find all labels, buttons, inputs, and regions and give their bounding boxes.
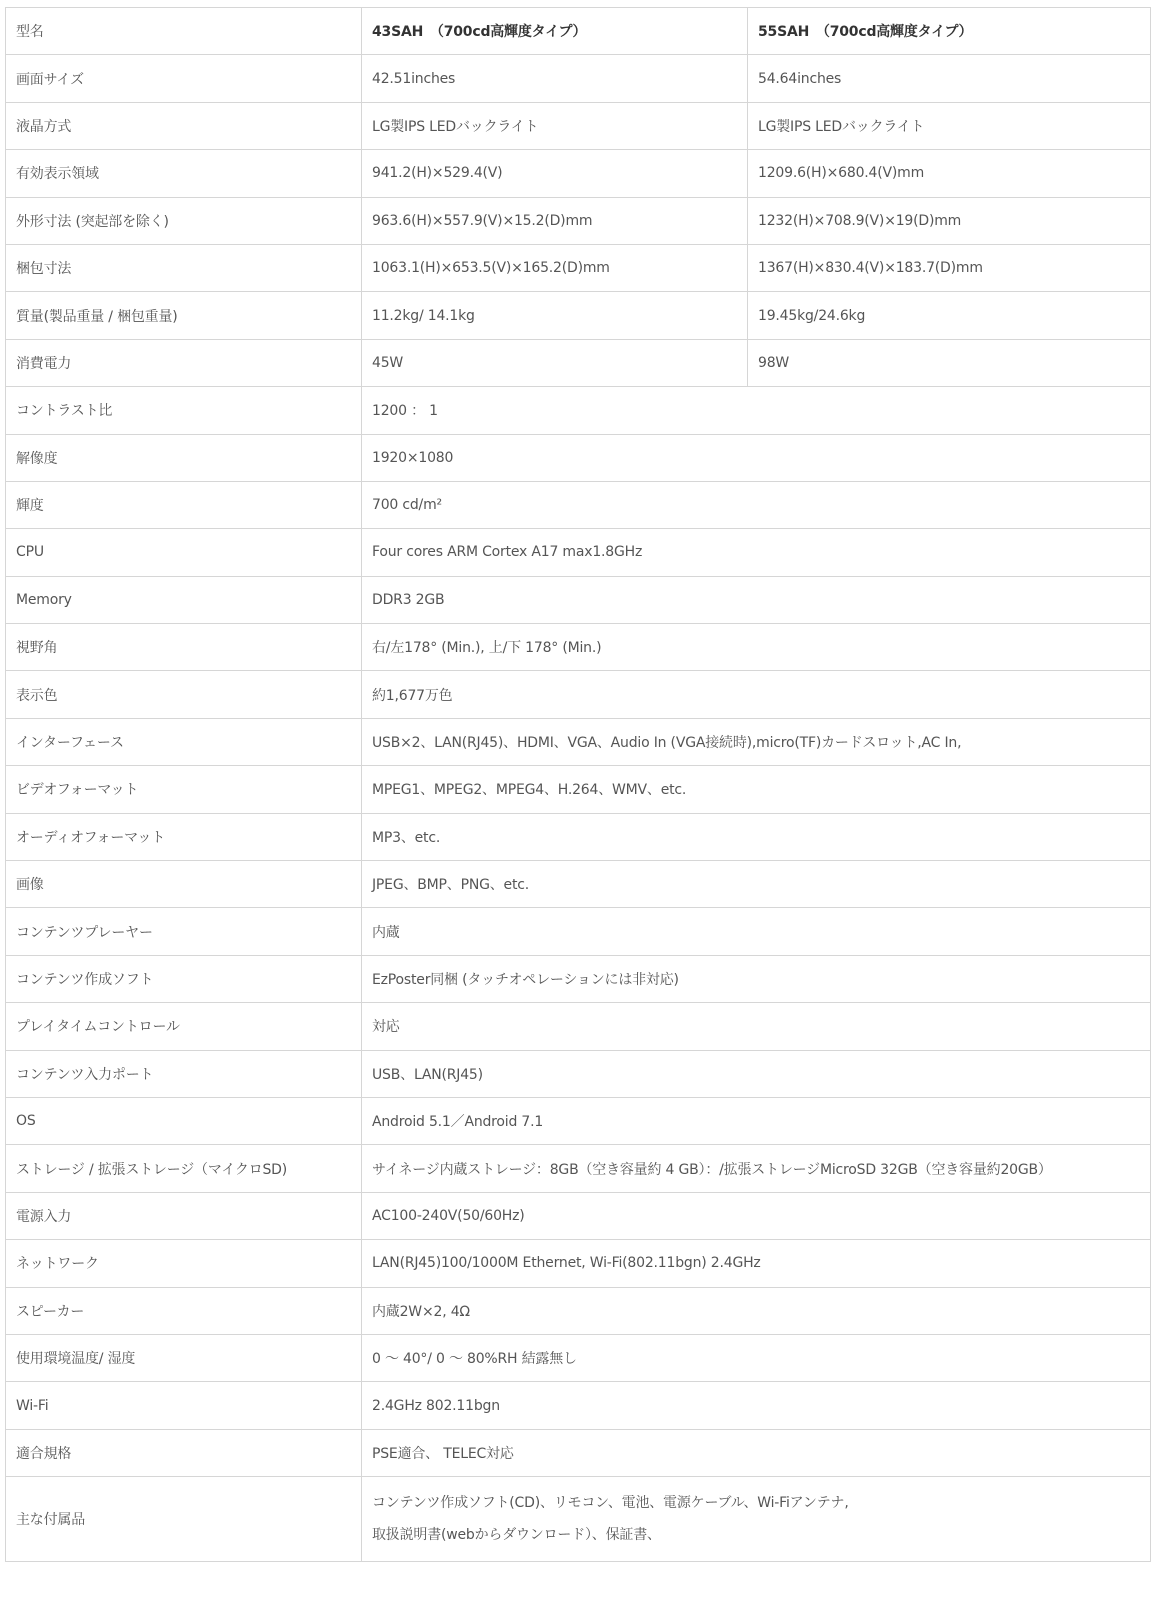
row-label: コンテンツプレーヤー <box>6 908 362 955</box>
model-43sah-value: 42.51inches <box>362 55 748 102</box>
spec-row: 視野角右/左178° (Min.), 上/下 178° (Min.) <box>6 624 1151 671</box>
spec-row: プレイタイムコントロール対応 <box>6 1003 1151 1050</box>
spec-row: 消費電力45W98W <box>6 339 1151 386</box>
row-label: 輝度 <box>6 481 362 528</box>
spec-table: 型名 43SAH （700cd高輝度タイプ） 55SAH （700cd高輝度タイ… <box>5 7 1151 1562</box>
row-label: コントラスト比 <box>6 387 362 434</box>
model-43sah-value: 45W <box>362 339 748 386</box>
row-label: 使用環境温度/ 湿度 <box>6 1334 362 1381</box>
shared-value: EzPoster同梱 (タッチオペレーションには非対応) <box>362 955 1151 1002</box>
row-label: 外形寸法 (突起部を除く) <box>6 197 362 244</box>
row-label: インターフェース <box>6 718 362 765</box>
row-label: 解像度 <box>6 434 362 481</box>
spec-row: ビデオフォーマットMPEG1、MPEG2、MPEG4、H.264、WMV、etc… <box>6 766 1151 813</box>
row-label: 画像 <box>6 861 362 908</box>
spec-row: インターフェースUSB×2、LAN(RJ45)、HDMI、VGA、Audio I… <box>6 718 1151 765</box>
spec-row: OSAndroid 5.1／Android 7.1 <box>6 1097 1151 1144</box>
spec-row: 解像度1920×1080 <box>6 434 1151 481</box>
shared-value: AC100-240V(50/60Hz) <box>362 1192 1151 1239</box>
shared-value: PSE適合、 TELEC対応 <box>362 1429 1151 1476</box>
spec-row: 表示色約1,677万色 <box>6 671 1151 718</box>
spec-row: 質量(製品重量 / 梱包重量)11.2kg/ 14.1kg19.45kg/24.… <box>6 292 1151 339</box>
spec-row: コンテンツプレーヤー内蔵 <box>6 908 1151 955</box>
row-label: 視野角 <box>6 624 362 671</box>
row-label: CPU <box>6 529 362 576</box>
accessories-line-2: 取扱説明書(webからダウンロード）、保証書、 <box>372 1519 1150 1551</box>
shared-value: MPEG1、MPEG2、MPEG4、H.264、WMV、etc. <box>362 766 1151 813</box>
shared-value: 2.4GHz 802.11bgn <box>362 1382 1151 1429</box>
shared-value: MP3、etc. <box>362 813 1151 860</box>
shared-value: 右/左178° (Min.), 上/下 178° (Min.) <box>362 624 1151 671</box>
shared-value: 内蔵 <box>362 908 1151 955</box>
model-43sah-value: 963.6(H)×557.9(V)×15.2(D)mm <box>362 197 748 244</box>
row-label: 消費電力 <box>6 339 362 386</box>
spec-row: 画像JPEG、BMP、PNG、etc. <box>6 861 1151 908</box>
spec-row: CPUFour cores ARM Cortex A17 max1.8GHz <box>6 529 1151 576</box>
spec-row: 液晶方式LG製IPS LEDバックライトLG製IPS LEDバックライト <box>6 102 1151 149</box>
shared-value: Four cores ARM Cortex A17 max1.8GHz <box>362 529 1151 576</box>
row-label: OS <box>6 1097 362 1144</box>
row-label: コンテンツ作成ソフト <box>6 955 362 1002</box>
model-55sah-value: 1367(H)×830.4(V)×183.7(D)mm <box>748 244 1151 291</box>
shared-value: LAN(RJ45)100/1000M Ethernet, Wi-Fi(802.1… <box>362 1240 1151 1287</box>
model-55sah-value: 19.45kg/24.6kg <box>748 292 1151 339</box>
row-label: 型名 <box>6 8 362 55</box>
model-55sah-value: 1232(H)×708.9(V)×19(D)mm <box>748 197 1151 244</box>
row-label: 液晶方式 <box>6 102 362 149</box>
shared-value: DDR3 2GB <box>362 576 1151 623</box>
spec-row: コンテンツ入力ポートUSB、LAN(RJ45) <box>6 1050 1151 1097</box>
spec-row: ネットワークLAN(RJ45)100/1000M Ethernet, Wi-Fi… <box>6 1240 1151 1287</box>
row-label: 表示色 <box>6 671 362 718</box>
spec-row: 梱包寸法1063.1(H)×653.5(V)×165.2(D)mm1367(H)… <box>6 244 1151 291</box>
spec-row: 画面サイズ42.51inches54.64inches <box>6 55 1151 102</box>
row-label: ストレージ / 拡張ストレージ（マイクロSD) <box>6 1145 362 1192</box>
model-55sah-value: LG製IPS LEDバックライト <box>748 102 1151 149</box>
shared-value: 1200 ： 1 <box>362 387 1151 434</box>
shared-value: 1920×1080 <box>362 434 1151 481</box>
shared-value: 約1,677万色 <box>362 671 1151 718</box>
spec-row: 有効表示領域941.2(H)×529.4(V)1209.6(H)×680.4(V… <box>6 150 1151 197</box>
shared-value: サイネージ内蔵ストレージ：8GB（空き容量約 4 GB）：/拡張ストレージMic… <box>362 1145 1151 1192</box>
spec-row: MemoryDDR3 2GB <box>6 576 1151 623</box>
row-label: 画面サイズ <box>6 55 362 102</box>
row-label: コンテンツ入力ポート <box>6 1050 362 1097</box>
spec-row: 適合規格PSE適合、 TELEC対応 <box>6 1429 1151 1476</box>
shared-value: 0 ～ 40°/ 0 ～ 80%RH 結露無し <box>362 1334 1151 1381</box>
spec-row: スピーカー内蔵2W×2, 4Ω <box>6 1287 1151 1334</box>
model-43sah-value: 941.2(H)×529.4(V) <box>362 150 748 197</box>
row-label: プレイタイムコントロール <box>6 1003 362 1050</box>
row-label: ビデオフォーマット <box>6 766 362 813</box>
spec-row: Wi-Fi 2.4GHz 802.11bgn <box>6 1382 1151 1429</box>
accessories-value: コンテンツ作成ソフト(CD)、リモコン、電池、電源ケーブル、Wi-Fiアンテナ,… <box>362 1477 1151 1562</box>
shared-value: USB、LAN(RJ45) <box>362 1050 1151 1097</box>
spec-row: 使用環境温度/ 湿度0 ～ 40°/ 0 ～ 80%RH 結露無し <box>6 1334 1151 1381</box>
row-label: 主な付属品 <box>6 1477 362 1562</box>
model-55sah-value: 98W <box>748 339 1151 386</box>
spec-row: コンテンツ作成ソフトEzPoster同梱 (タッチオペレーションには非対応) <box>6 955 1151 1002</box>
row-label: ネットワーク <box>6 1240 362 1287</box>
spec-row: コントラスト比1200 ： 1 <box>6 387 1151 434</box>
row-label: 質量(製品重量 / 梱包重量) <box>6 292 362 339</box>
model-43sah-value: 11.2kg/ 14.1kg <box>362 292 748 339</box>
shared-value: 対応 <box>362 1003 1151 1050</box>
row-label: 有効表示領域 <box>6 150 362 197</box>
spec-row: 電源入力AC100-240V(50/60Hz) <box>6 1192 1151 1239</box>
spec-row: 輝度700 cd/m² <box>6 481 1151 528</box>
row-label: スピーカー <box>6 1287 362 1334</box>
accessories-line-1: コンテンツ作成ソフト(CD)、リモコン、電池、電源ケーブル、Wi-Fiアンテナ, <box>372 1487 1150 1519</box>
spec-row: ストレージ / 拡張ストレージ（マイクロSD)サイネージ内蔵ストレージ：8GB（… <box>6 1145 1151 1192</box>
row-label: 適合規格 <box>6 1429 362 1476</box>
model-55sah-value: 1209.6(H)×680.4(V)mm <box>748 150 1151 197</box>
shared-value: 内蔵2W×2, 4Ω <box>362 1287 1151 1334</box>
shared-value: Android 5.1／Android 7.1 <box>362 1097 1151 1144</box>
shared-value: 700 cd/m² <box>362 481 1151 528</box>
row-label: 梱包寸法 <box>6 244 362 291</box>
model-55sah-header: 55SAH （700cd高輝度タイプ） <box>748 8 1151 55</box>
shared-value: USB×2、LAN(RJ45)、HDMI、VGA、Audio In (VGA接続… <box>362 718 1151 765</box>
accessories-row: 主な付属品コンテンツ作成ソフト(CD)、リモコン、電池、電源ケーブル、Wi-Fi… <box>6 1477 1151 1562</box>
header-row: 型名 43SAH （700cd高輝度タイプ） 55SAH （700cd高輝度タイ… <box>6 8 1151 55</box>
shared-value: JPEG、BMP、PNG、etc. <box>362 861 1151 908</box>
spec-row: オーディオフォーマットMP3、etc. <box>6 813 1151 860</box>
row-label: オーディオフォーマット <box>6 813 362 860</box>
model-55sah-value: 54.64inches <box>748 55 1151 102</box>
model-43sah-header: 43SAH （700cd高輝度タイプ） <box>362 8 748 55</box>
row-label: 電源入力 <box>6 1192 362 1239</box>
row-label: Wi-Fi <box>6 1382 362 1429</box>
row-label: Memory <box>6 576 362 623</box>
spec-row: 外形寸法 (突起部を除く)963.6(H)×557.9(V)×15.2(D)mm… <box>6 197 1151 244</box>
model-43sah-value: LG製IPS LEDバックライト <box>362 102 748 149</box>
model-43sah-value: 1063.1(H)×653.5(V)×165.2(D)mm <box>362 244 748 291</box>
